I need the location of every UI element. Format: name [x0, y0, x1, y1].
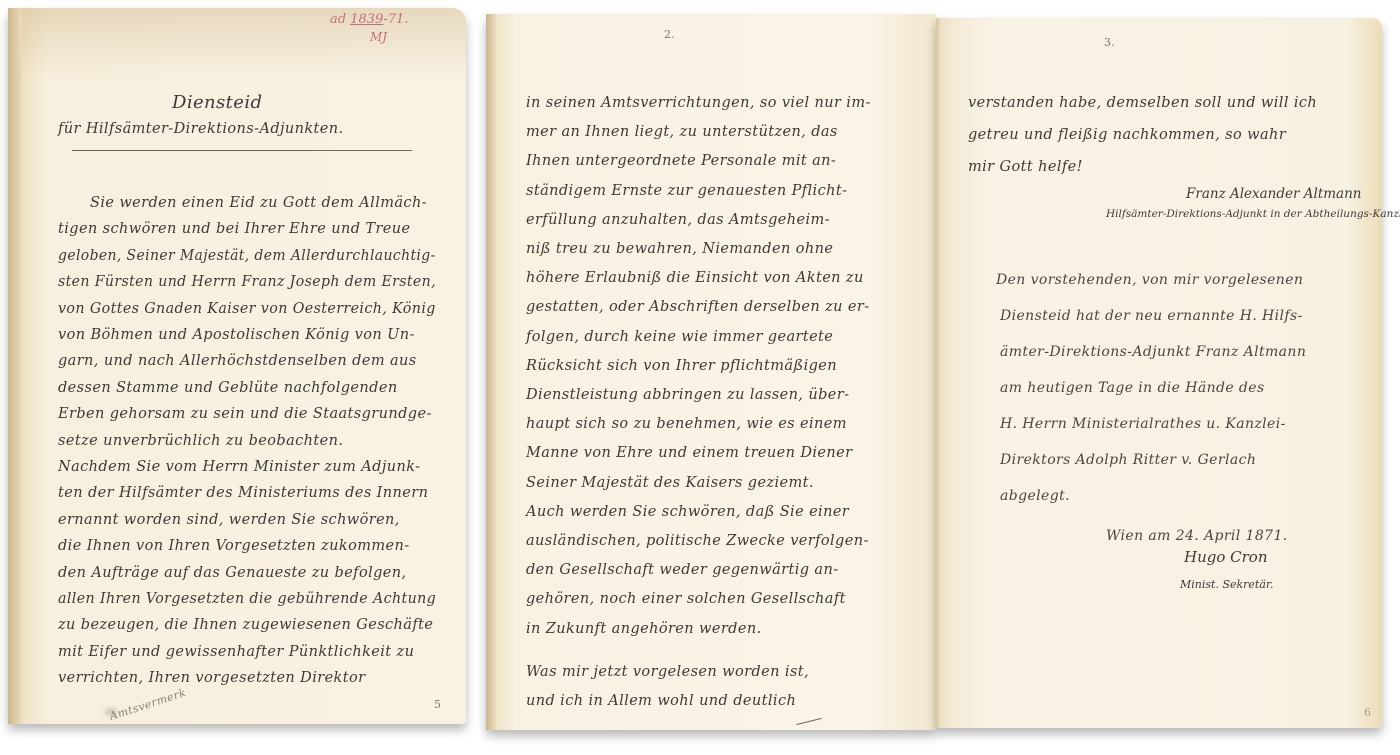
text-line: in Zukunft angehören werden.	[526, 612, 762, 647]
attestation-line: Den vorstehenden, von mir vorgelesenen	[996, 262, 1303, 298]
page-number: 6	[1364, 706, 1371, 719]
document-page-3: 3. verstanden habe, demselben soll und w…	[936, 18, 1382, 728]
archive-mark-suffix: -71.	[383, 12, 408, 27]
attestation-line: Direktors Adolph Ritter v. Gerlach	[1000, 442, 1256, 478]
document-subtitle: für Hilfsämter-Direktions-Adjunkten.	[58, 121, 344, 137]
attestation-line: abgelegt.	[1000, 478, 1070, 514]
text-line: Nachdem Sie vom Herrn Minister zum Adjun…	[58, 454, 420, 480]
text-line: getreu und fleißig nachkommen, so wahr	[968, 118, 1286, 153]
attestation-line: H. Herrn Ministerialrathes u. Kanzlei-	[1000, 406, 1286, 442]
archive-mark-prefix: ad	[330, 12, 346, 27]
text-line: zu bezeugen, die Ihnen zugewiesenen Gesc…	[58, 612, 433, 638]
text-line: verrichten, Ihren vorgesetzten Direktor	[58, 665, 365, 691]
page-header: 3.	[1104, 36, 1115, 49]
document-title: Diensteid	[172, 92, 262, 113]
text-line: geloben, Seiner Majestät, dem Allerdurch…	[58, 243, 436, 269]
text-line: sten Fürsten und Herrn Franz Joseph dem …	[58, 269, 436, 295]
page-header: 2.	[664, 28, 675, 41]
attestation-line: am heutigen Tage in die Hände des	[1000, 370, 1265, 406]
archive-mark-below: MJ	[370, 30, 387, 44]
book-gutter	[936, 18, 942, 728]
text-line: garn, und nach Allerhöchstdenselben dem …	[58, 348, 417, 374]
text-line: den Aufträge auf das Genaueste zu befolg…	[58, 560, 407, 586]
oath-signature-title: Hilfsämter-Direktions-Adjunkt in der Abt…	[1106, 208, 1400, 220]
page-edge	[8, 8, 22, 724]
text-line: mir Gott helfe!	[968, 150, 1083, 185]
text-line: tigen schwören und bei Ihrer Ehre und Tr…	[58, 216, 411, 242]
text-line: von Böhmen und Apostolischen König von U…	[58, 322, 415, 348]
text-line: setze unverbrüchlich zu beobachten.	[58, 428, 343, 454]
attestation-line: Diensteid hat der neu ernannte H. Hilfs-	[1000, 298, 1303, 334]
attestation-signature: Hugo Cron	[1184, 548, 1267, 566]
document-page-2: 2. in seinen Amtsverrichtungen, so viel …	[486, 14, 936, 730]
text-line: von Gottes Gnaden Kaiser von Oesterreich…	[58, 296, 436, 322]
marginal-note: Amtsvermerk	[108, 686, 188, 723]
attestation-line: ämter-Direktions-Adjunkt Franz Altmann	[1000, 334, 1306, 370]
document-page-1: ad 1839-71. MJ Diensteid für Hilfsämter-…	[8, 8, 466, 724]
attestation-signature-title: Minist. Sekretär.	[1180, 578, 1273, 591]
archive-mark-number: 1839	[350, 12, 383, 27]
text-line: die Ihnen von Ihren Vorgesetzten zukomme…	[58, 533, 410, 559]
page-edge	[486, 14, 496, 730]
oath-signature: Franz Alexander Altmann	[1186, 186, 1362, 202]
text-line: ernannt worden sind, werden Sie schwören…	[58, 507, 400, 533]
text-line: Sie werden einen Eid zu Gott dem Allmäch…	[90, 190, 427, 216]
title-rule	[72, 150, 412, 151]
archive-mark: ad 1839-71.	[330, 12, 408, 27]
page-number: 5	[434, 698, 441, 711]
ink-smudge	[104, 708, 118, 716]
closing-line: und ich in Allem wohl und deutlich	[526, 684, 796, 719]
text-line: mit Eifer und gewissenhafter Pünktlichke…	[58, 639, 414, 665]
text-line: Erben gehorsam zu sein und die Staatsgru…	[58, 401, 432, 427]
text-line: dessen Stamme und Geblüte nachfolgenden	[58, 375, 398, 401]
text-line: ten der Hilfsämter des Ministeriums des …	[58, 480, 428, 506]
text-line: verstanden habe, demselben soll und will…	[968, 86, 1317, 121]
text-line: allen Ihren Vorgesetzten die gebührende …	[58, 586, 436, 612]
closing-mark	[796, 718, 821, 725]
